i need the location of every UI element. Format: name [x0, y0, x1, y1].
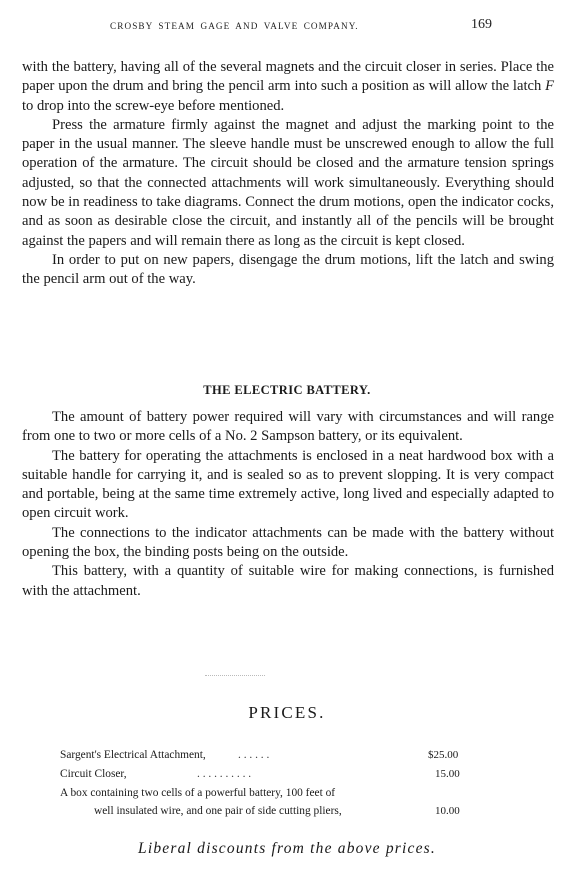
paragraph-battery-power: The amount of battery power required wil…	[22, 408, 554, 447]
price-value: $25.00	[428, 749, 458, 761]
running-head: CROSBY STEAM GAGE AND VALVE COMPANY.	[110, 21, 359, 31]
paragraph-wire: This battery, with a quantity of suitabl…	[22, 562, 554, 601]
discount-note: Liberal discounts from the above prices.	[0, 840, 574, 858]
paragraph-text: with the battery, having all of the seve…	[22, 59, 554, 94]
prices-heading: PRICES.	[0, 703, 574, 723]
section-heading-electric-battery: THE ELECTRIC BATTERY.	[0, 383, 574, 398]
dot-leaders: . . . . . .	[238, 749, 269, 761]
paragraph-continued: with the battery, having all of the seve…	[22, 58, 554, 116]
price-item-label: Sargent's Electrical Attachment,	[60, 749, 206, 761]
paragraph-text: to drop into the screw-eye before mentio…	[22, 98, 284, 114]
book-page: CROSBY STEAM GAGE AND VALVE COMPANY. 169…	[0, 0, 574, 893]
section-divider	[205, 675, 265, 677]
paragraph-battery-box: The battery for operating the attachment…	[22, 447, 554, 524]
page-number: 169	[471, 17, 492, 33]
price-value: 15.00	[435, 768, 460, 780]
instructions-text-block: with the battery, having all of the seve…	[22, 58, 554, 290]
price-item-label: A box containing two cells of a powerful…	[60, 787, 335, 799]
price-value: 10.00	[435, 805, 460, 817]
price-item-label: Circuit Closer,	[60, 768, 127, 780]
battery-text-block: The amount of battery power required wil…	[22, 408, 554, 601]
dot-leaders: . . . . . . . . . .	[197, 768, 251, 780]
paragraph-connections: The connections to the indicator attachm…	[22, 524, 554, 563]
latch-reference: F	[545, 78, 554, 94]
price-item-label: well insulated wire, and one pair of sid…	[94, 805, 342, 817]
paragraph-new-papers: In order to put on new papers, disengage…	[22, 251, 554, 290]
paragraph-armature: Press the armature firmly against the ma…	[22, 116, 554, 251]
